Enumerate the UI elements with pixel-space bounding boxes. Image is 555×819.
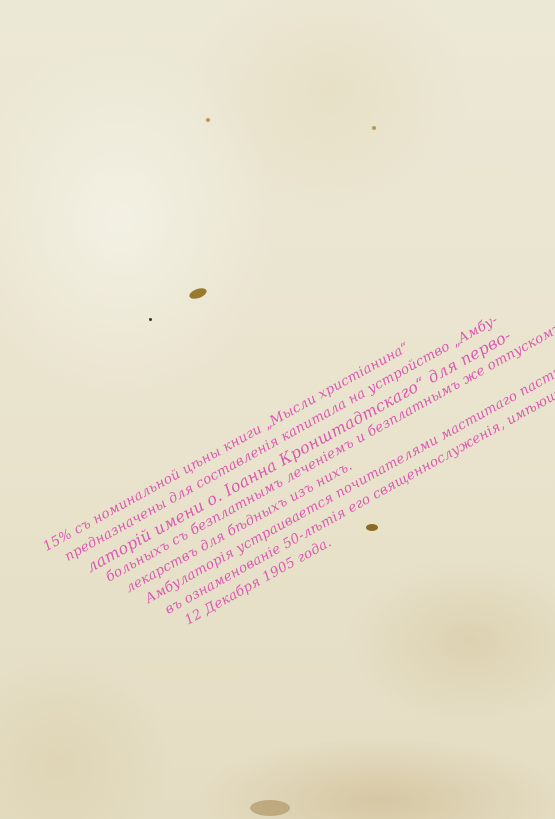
ink-dot [149, 318, 152, 321]
stain-spot [372, 126, 376, 130]
stain-spot [206, 118, 210, 122]
stain-spot [250, 800, 290, 816]
